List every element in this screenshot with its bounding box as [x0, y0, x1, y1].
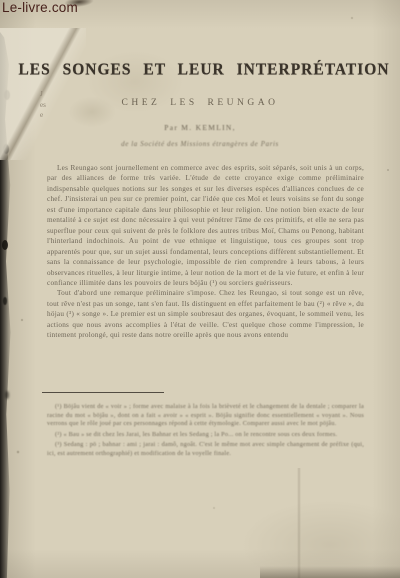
margin-glyph: es [40, 100, 52, 111]
book-spine-shadow [0, 32, 15, 578]
footnote: (²) « Bau » se dit chez les Jarai, les B… [47, 431, 364, 440]
article-subtitle: CHEZ LES REUNGAO [0, 98, 400, 108]
watermark-label: Le-livre.com [2, 0, 78, 15]
spine-ink-specks [2, 240, 8, 250]
scanned-book-page: Le-livre.com LES SONGES ET LEUR INTERPRÉ… [0, 0, 400, 578]
body-paragraph: Tout d'abord une remarque préliminaire s… [47, 288, 364, 340]
margin-glyph: e [40, 110, 52, 121]
article-body: Les Reungao sont journellement en commer… [47, 163, 364, 341]
footnote: (¹) Böjâu vient de « voir » ; forme avec… [47, 403, 364, 429]
footnote: (³) Sedang : pö ; bahnar : ami ; jarai :… [47, 441, 364, 458]
page-bottom-shadow [260, 566, 400, 578]
margin-annotation: J es e [40, 89, 52, 121]
article-affiliation: de la Société des Missions étrangères de… [0, 140, 400, 148]
body-paragraph: Les Reungao sont journellement en commer… [47, 163, 364, 288]
margin-glyph: J [40, 89, 52, 100]
paper-vertical-crease [297, 468, 301, 578]
article-byline: Par M. KEMLIN, [0, 123, 400, 132]
footnotes-block: (¹) Böjâu vient de « voir » ; forme avec… [47, 403, 364, 461]
footnote-separator-rule [42, 392, 164, 393]
article-title: LES SONGES ET LEUR INTERPRÉTATION [18, 60, 390, 80]
